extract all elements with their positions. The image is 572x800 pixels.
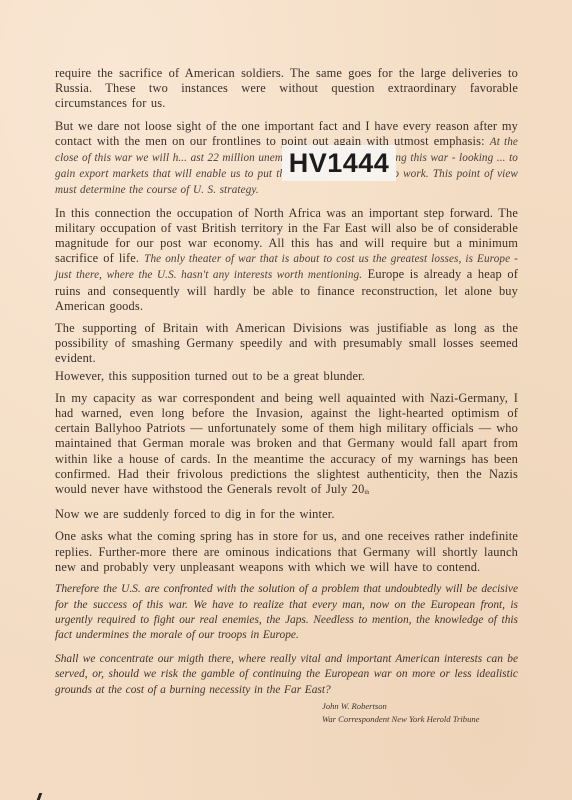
signature-title: War Correspondent New York Herold Tribun… [322,713,480,726]
paragraph-2-lead: But we dare not loose sight of the one i… [55,119,518,148]
paragraph-8: One asks what the coming spring has in s… [55,529,518,575]
paragraph-4: The supporting of Britain with American … [55,321,518,367]
ink-mark [37,793,43,800]
paragraph-1: require the sacrifice of American soldie… [55,66,518,112]
catalog-label: HV1444 [282,145,396,181]
paragraph-6: In my capacity as war correspondent and … [55,391,518,500]
paragraph-9: Therefore the U.S. are confronted with t… [55,582,518,644]
paragraph-6-text: In my capacity as war correspondent and … [55,391,518,496]
paragraph-7: Now we are suddenly forced to dig in for… [55,507,518,522]
signature-block: John W. Robertson War Correspondent New … [322,700,480,726]
paragraph-5: However, this supposition turned out to … [55,369,518,384]
paragraph-10: Shall we concentrate our migth there, wh… [55,652,518,698]
paragraph-3: In this connection the occupation of Nor… [55,206,518,314]
ordinal-suffix: th [364,490,369,496]
signature-name: John W. Robertson [322,700,480,713]
